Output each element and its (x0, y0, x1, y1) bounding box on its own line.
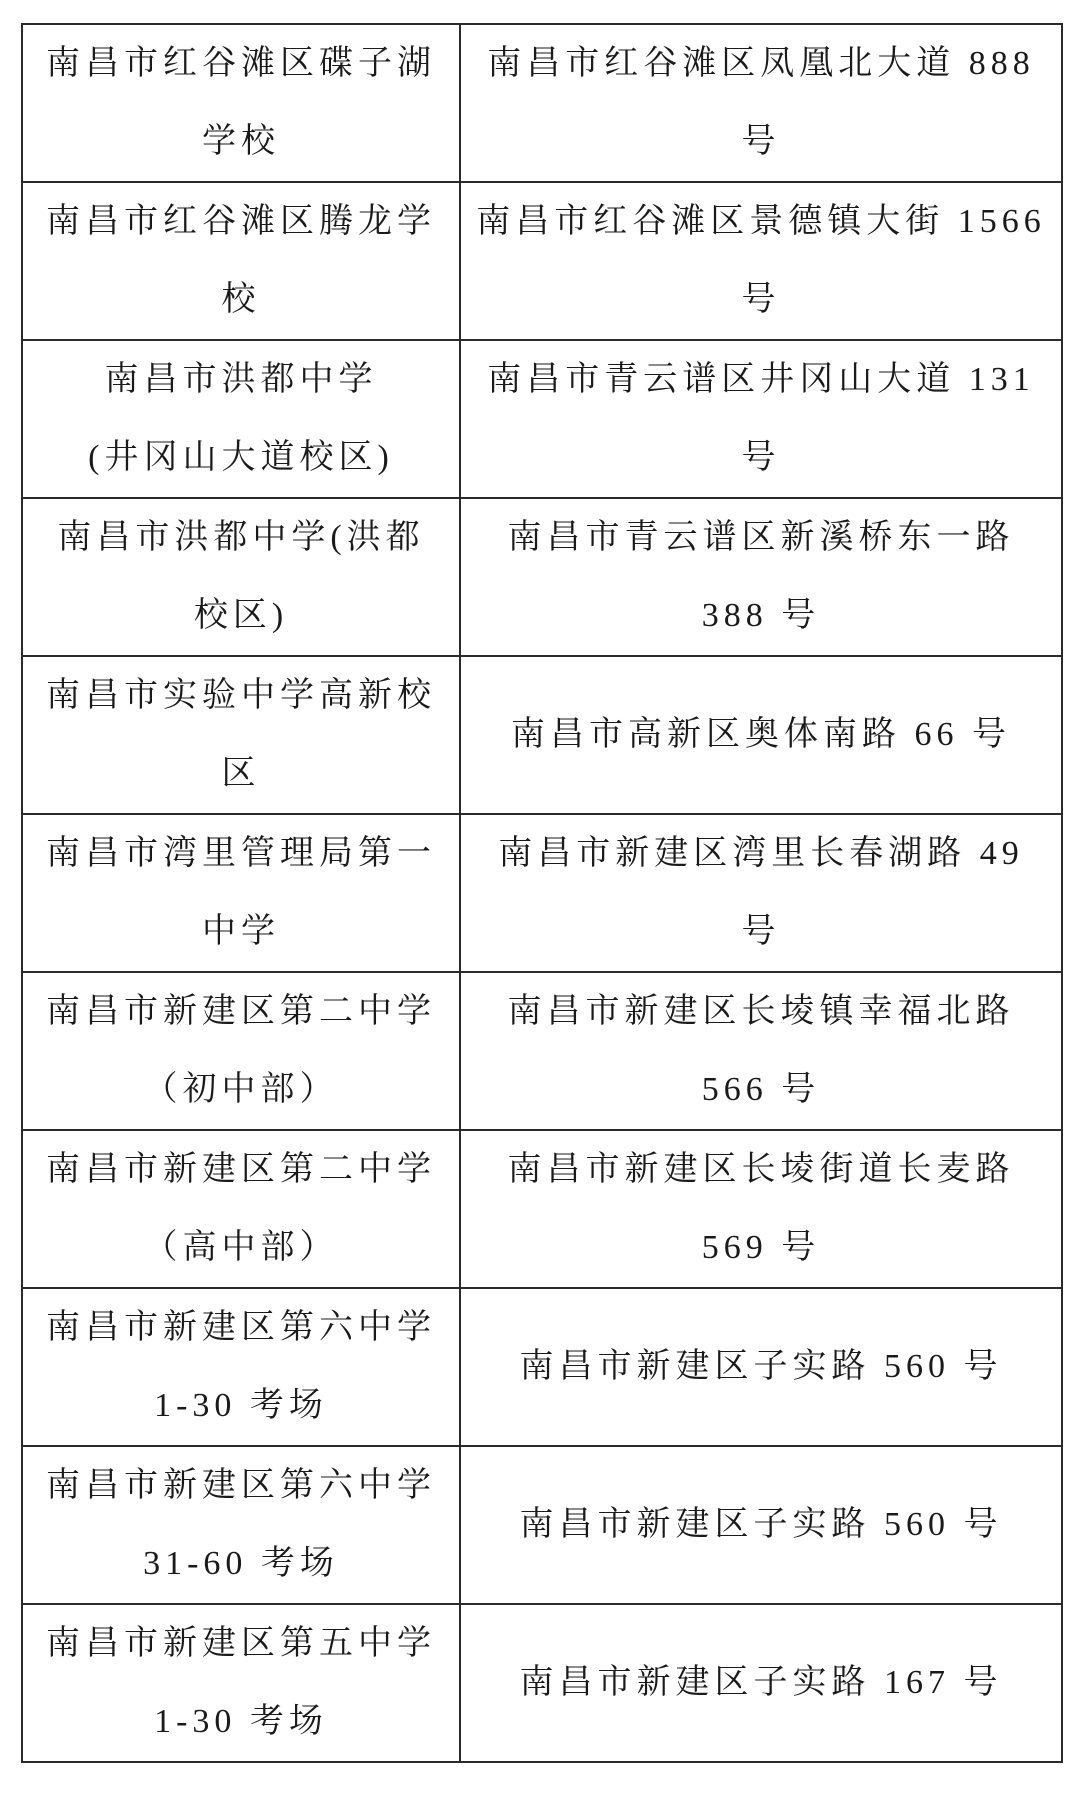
school-name-cell: 南昌市新建区第六中学 1-30 考场 (22, 1288, 460, 1446)
school-name-cell: 南昌市新建区第六中学 31-60 考场 (22, 1446, 460, 1604)
school-name-cell: 南昌市红谷滩区碟子湖 学校 (22, 24, 460, 182)
school-name-line: 南昌市红谷滩区腾龙学 (37, 183, 445, 261)
table-row: 南昌市新建区第二中学 （高中部） 南昌市新建区长堎街道长麦路 569 号 (22, 1130, 1062, 1288)
table-row: 南昌市洪都中学(洪都 校区) 南昌市青云谱区新溪桥东一路 388 号 (22, 498, 1062, 656)
address-cell: 南昌市新建区子实路 167 号 (460, 1604, 1062, 1762)
address-line: 南昌市高新区奥体南路 66 号 (475, 696, 1047, 774)
school-name-line: （高中部） (37, 1209, 445, 1287)
table-row: 南昌市洪都中学 (井冈山大道校区) 南昌市青云谱区井冈山大道 131 号 (22, 340, 1062, 498)
address-line: 南昌市新建区子实路 560 号 (475, 1328, 1047, 1406)
table-row: 南昌市红谷滩区腾龙学 校 南昌市红谷滩区景德镇大街 1566 号 (22, 182, 1062, 340)
table-row: 南昌市红谷滩区碟子湖 学校 南昌市红谷滩区凤凰北大道 888 号 (22, 24, 1062, 182)
school-name-cell: 南昌市实验中学高新校 区 (22, 656, 460, 814)
address-line: 号 (475, 893, 1047, 971)
school-name-line: 南昌市洪都中学 (37, 341, 445, 419)
address-line: 南昌市新建区子实路 560 号 (475, 1486, 1047, 1564)
address-cell: 南昌市新建区子实路 560 号 (460, 1446, 1062, 1604)
school-name-line: 南昌市湾里管理局第一 (37, 815, 445, 893)
address-line: 南昌市新建区湾里长春湖路 49 (475, 815, 1047, 893)
address-cell: 南昌市青云谱区井冈山大道 131 号 (460, 340, 1062, 498)
table-row: 南昌市新建区第六中学 31-60 考场 南昌市新建区子实路 560 号 (22, 1446, 1062, 1604)
exam-venue-table: 南昌市红谷滩区碟子湖 学校 南昌市红谷滩区凤凰北大道 888 号 南昌市红谷滩区… (21, 23, 1063, 1763)
school-name-line: 南昌市新建区第二中学 (37, 1131, 445, 1209)
school-name-line: 区 (37, 735, 445, 813)
address-cell: 南昌市高新区奥体南路 66 号 (460, 656, 1062, 814)
address-cell: 南昌市新建区长堎街道长麦路 569 号 (460, 1130, 1062, 1288)
school-name-line: 南昌市实验中学高新校 (37, 657, 445, 735)
school-name-line: 南昌市新建区第五中学 (37, 1605, 445, 1683)
address-line: 南昌市红谷滩区景德镇大街 1566 (475, 183, 1047, 261)
school-name-cell: 南昌市红谷滩区腾龙学 校 (22, 182, 460, 340)
address-line: 南昌市新建区长堎街道长麦路 (475, 1131, 1047, 1209)
address-line: 南昌市青云谱区井冈山大道 131 (475, 341, 1047, 419)
address-line: 569 号 (475, 1209, 1047, 1287)
school-name-cell: 南昌市新建区第五中学 1-30 考场 (22, 1604, 460, 1762)
school-name-line: 南昌市新建区第六中学 (37, 1447, 445, 1525)
address-line: 号 (475, 103, 1047, 181)
address-line: 南昌市新建区长堎镇幸福北路 (475, 973, 1047, 1051)
address-line: 566 号 (475, 1051, 1047, 1129)
school-name-line: 学校 (37, 103, 445, 181)
school-name-cell: 南昌市洪都中学(洪都 校区) (22, 498, 460, 656)
address-line: 南昌市青云谱区新溪桥东一路 (475, 499, 1047, 577)
school-name-cell: 南昌市新建区第二中学 （高中部） (22, 1130, 460, 1288)
school-name-line: 南昌市新建区第二中学 (37, 973, 445, 1051)
table-row: 南昌市实验中学高新校 区 南昌市高新区奥体南路 66 号 (22, 656, 1062, 814)
school-name-line: 中学 (37, 893, 445, 971)
address-line: 南昌市新建区子实路 167 号 (475, 1644, 1047, 1722)
school-name-line: 校区) (37, 577, 445, 655)
address-line: 号 (475, 419, 1047, 497)
school-name-line: 校 (37, 261, 445, 339)
address-cell: 南昌市新建区子实路 560 号 (460, 1288, 1062, 1446)
school-name-cell: 南昌市洪都中学 (井冈山大道校区) (22, 340, 460, 498)
school-name-line: (井冈山大道校区) (37, 419, 445, 497)
address-line: 388 号 (475, 577, 1047, 655)
school-name-line: 南昌市新建区第六中学 (37, 1289, 445, 1367)
school-name-line: 31-60 考场 (37, 1525, 445, 1603)
address-cell: 南昌市新建区湾里长春湖路 49 号 (460, 814, 1062, 972)
school-name-line: 1-30 考场 (37, 1683, 445, 1761)
school-name-line: 南昌市红谷滩区碟子湖 (37, 25, 445, 103)
address-cell: 南昌市红谷滩区凤凰北大道 888 号 (460, 24, 1062, 182)
table-row: 南昌市湾里管理局第一 中学 南昌市新建区湾里长春湖路 49 号 (22, 814, 1062, 972)
school-name-line: 1-30 考场 (37, 1367, 445, 1445)
school-name-line: （初中部） (37, 1051, 445, 1129)
school-name-cell: 南昌市湾里管理局第一 中学 (22, 814, 460, 972)
address-line: 号 (475, 261, 1047, 339)
address-cell: 南昌市新建区长堎镇幸福北路 566 号 (460, 972, 1062, 1130)
table-row: 南昌市新建区第二中学 （初中部） 南昌市新建区长堎镇幸福北路 566 号 (22, 972, 1062, 1130)
school-name-line: 南昌市洪都中学(洪都 (37, 499, 445, 577)
table-row: 南昌市新建区第五中学 1-30 考场 南昌市新建区子实路 167 号 (22, 1604, 1062, 1762)
table-row: 南昌市新建区第六中学 1-30 考场 南昌市新建区子实路 560 号 (22, 1288, 1062, 1446)
address-cell: 南昌市青云谱区新溪桥东一路 388 号 (460, 498, 1062, 656)
address-cell: 南昌市红谷滩区景德镇大街 1566 号 (460, 182, 1062, 340)
school-name-cell: 南昌市新建区第二中学 （初中部） (22, 972, 460, 1130)
address-line: 南昌市红谷滩区凤凰北大道 888 (475, 25, 1047, 103)
